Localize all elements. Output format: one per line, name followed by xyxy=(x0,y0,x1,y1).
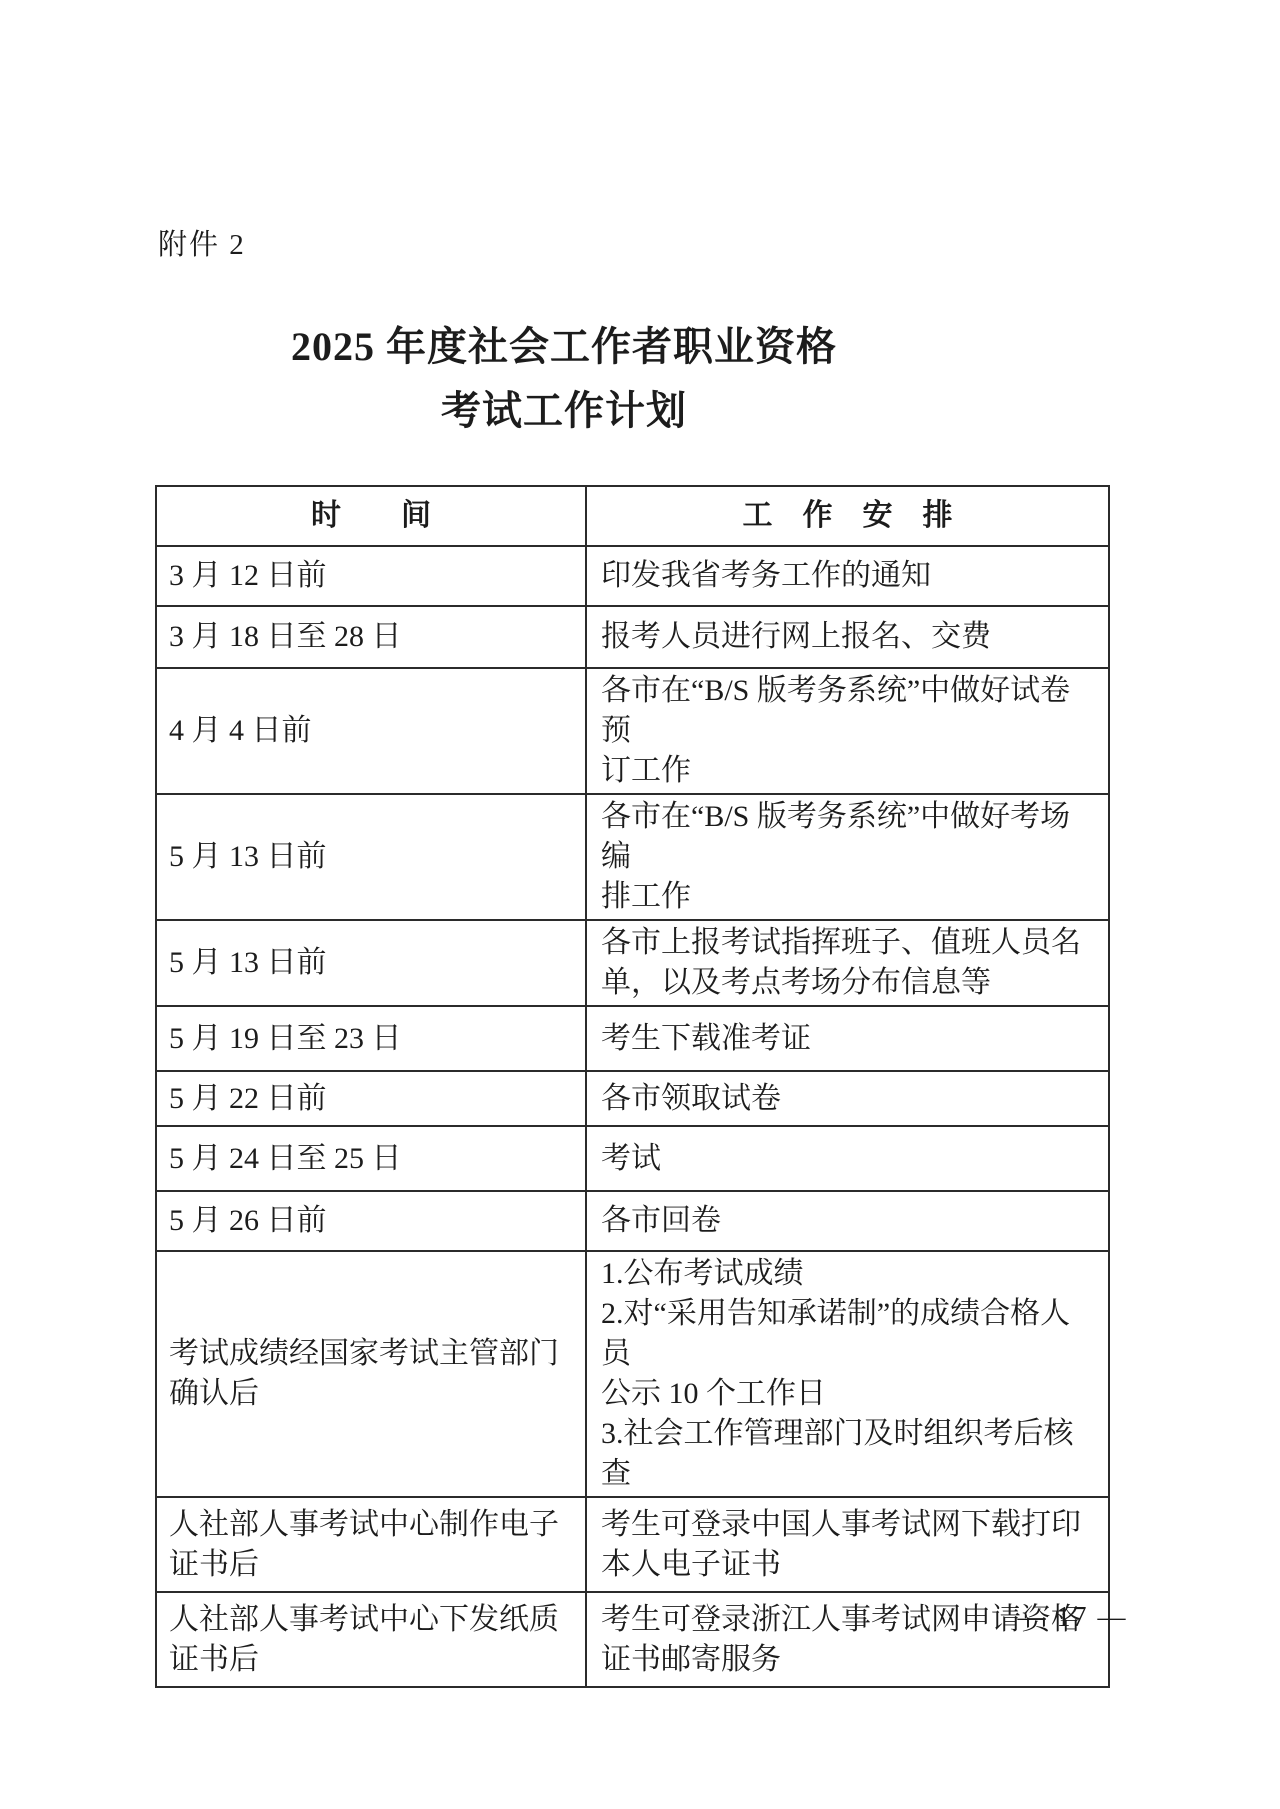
schedule-table: 时 间 工 作 安 排 3 月 12 日前 印发我省考务工作的通知 3 月 18… xyxy=(155,485,1110,1688)
time-cell: 人社部人事考试中心制作电子 证书后 xyxy=(156,1497,586,1592)
table-row: 5 月 26 日前 各市回卷 xyxy=(156,1191,1109,1251)
table-row: 5 月 19 日至 23 日 考生下载准考证 xyxy=(156,1006,1109,1071)
table-row: 5 月 13 日前 各市在“B/S 版考务系统”中做好考场编 排工作 xyxy=(156,794,1109,920)
task-cell: 考试 xyxy=(586,1126,1109,1191)
page-number: — 17 — xyxy=(985,1602,1160,1634)
page-title-line-1: 2025 年度社会工作者职业资格 xyxy=(150,315,978,379)
task-cell: 各市在“B/S 版考务系统”中做好试卷预 订工作 xyxy=(586,668,1109,794)
table-row: 3 月 18 日至 28 日 报考人员进行网上报名、交费 xyxy=(156,606,1109,668)
task-cell: 各市回卷 xyxy=(586,1191,1109,1251)
time-cell: 人社部人事考试中心下发纸质 证书后 xyxy=(156,1592,586,1687)
table-row: 考试成绩经国家考试主管部门 确认后 1.公布考试成绩 2.对“采用告知承诺制”的… xyxy=(156,1251,1109,1497)
time-cell: 5 月 19 日至 23 日 xyxy=(156,1006,586,1071)
attachment-label: 附件 2 xyxy=(158,222,246,263)
task-cell: 各市领取试卷 xyxy=(586,1071,1109,1126)
task-cell: 印发我省考务工作的通知 xyxy=(586,546,1109,606)
table-header-row: 时 间 工 作 安 排 xyxy=(156,486,1109,546)
time-cell: 5 月 13 日前 xyxy=(156,920,586,1006)
task-cell: 各市上报考试指挥班子、值班人员名 单，以及考点考场分布信息等 xyxy=(586,920,1109,1006)
task-cell: 考生下载准考证 xyxy=(586,1006,1109,1071)
task-cell: 报考人员进行网上报名、交费 xyxy=(586,606,1109,668)
document-page: 附件 2 2025 年度社会工作者职业资格 考试工作计划 时 间 工 作 安 排… xyxy=(0,0,1280,1809)
task-cell: 考生可登录中国人事考试网下载打印 本人电子证书 xyxy=(586,1497,1109,1592)
time-cell: 3 月 18 日至 28 日 xyxy=(156,606,586,668)
time-cell: 5 月 24 日至 25 日 xyxy=(156,1126,586,1191)
task-column-header: 工 作 安 排 xyxy=(586,486,1109,546)
task-cell: 1.公布考试成绩 2.对“采用告知承诺制”的成绩合格人员 公示 10 个工作日 … xyxy=(586,1251,1109,1497)
time-cell: 5 月 26 日前 xyxy=(156,1191,586,1251)
page-title: 2025 年度社会工作者职业资格 考试工作计划 xyxy=(150,315,978,443)
table-row: 5 月 13 日前 各市上报考试指挥班子、值班人员名 单，以及考点考场分布信息等 xyxy=(156,920,1109,1006)
time-cell: 5 月 13 日前 xyxy=(156,794,586,920)
time-cell: 5 月 22 日前 xyxy=(156,1071,586,1126)
table-row: 4 月 4 日前 各市在“B/S 版考务系统”中做好试卷预 订工作 xyxy=(156,668,1109,794)
table-row: 5 月 24 日至 25 日 考试 xyxy=(156,1126,1109,1191)
time-column-header: 时 间 xyxy=(156,486,586,546)
table-row: 3 月 12 日前 印发我省考务工作的通知 xyxy=(156,546,1109,606)
time-cell: 3 月 12 日前 xyxy=(156,546,586,606)
page-title-line-2: 考试工作计划 xyxy=(150,379,978,443)
time-cell: 4 月 4 日前 xyxy=(156,668,586,794)
table-row: 人社部人事考试中心下发纸质 证书后 考生可登录浙江人事考试网申请资格 证书邮寄服… xyxy=(156,1592,1109,1687)
table-row: 人社部人事考试中心制作电子 证书后 考生可登录中国人事考试网下载打印 本人电子证… xyxy=(156,1497,1109,1592)
table-row: 5 月 22 日前 各市领取试卷 xyxy=(156,1071,1109,1126)
task-cell: 各市在“B/S 版考务系统”中做好考场编 排工作 xyxy=(586,794,1109,920)
time-cell: 考试成绩经国家考试主管部门 确认后 xyxy=(156,1251,586,1497)
